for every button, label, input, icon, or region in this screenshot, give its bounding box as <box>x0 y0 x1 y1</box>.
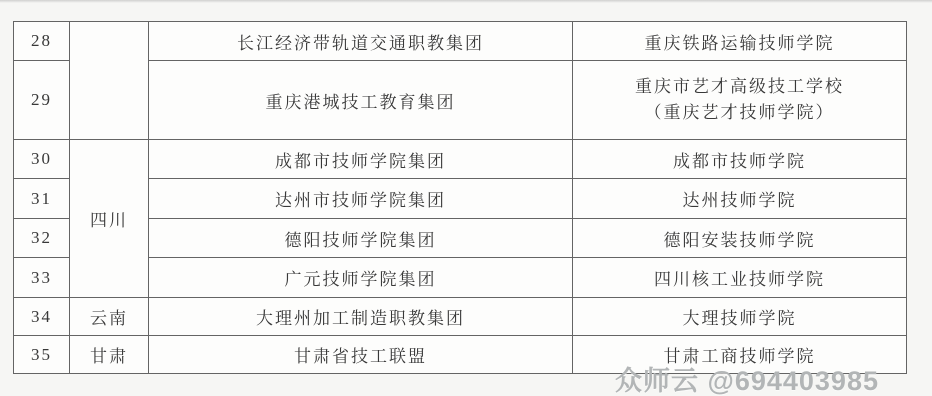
school-name-line: （重庆艺才技师学院） <box>573 100 906 126</box>
vocational-education-groups-table: 28 长江经济带轨道交通职教集团 重庆铁路运输技师学院 29 重庆港城技工教育集… <box>13 21 907 374</box>
school-name-line: 重庆市艺才高级技工学校 <box>573 74 906 100</box>
school-name-cell: 四川核工业技师学院 <box>573 258 907 298</box>
row-number-cell: 28 <box>14 22 70 61</box>
group-name-cell: 重庆港城技工教育集团 <box>149 61 573 140</box>
row-number-cell: 34 <box>14 298 70 336</box>
table-body: 28 长江经济带轨道交通职教集团 重庆铁路运输技师学院 29 重庆港城技工教育集… <box>14 22 907 374</box>
group-name-cell: 大理州加工制造职教集团 <box>149 298 573 336</box>
school-name-cell: 成都市技师学院 <box>573 140 907 179</box>
watermark: 众师云 @694403985 <box>615 359 879 396</box>
school-name-cell: 大理技师学院 <box>573 298 907 336</box>
province-cell <box>70 22 149 140</box>
province-cell: 甘肃 <box>70 336 149 374</box>
row-number-cell: 35 <box>14 336 70 374</box>
group-name-cell: 甘肃省技工联盟 <box>149 336 573 374</box>
row-number-cell: 32 <box>14 219 70 258</box>
school-name-cell: 重庆市艺才高级技工学校 （重庆艺才技师学院） <box>573 61 907 140</box>
row-number-cell: 33 <box>14 258 70 298</box>
school-name-cell: 达州技师学院 <box>573 179 907 219</box>
row-number-cell: 31 <box>14 179 70 219</box>
group-name-cell: 达州市技师学院集团 <box>149 179 573 219</box>
table-row: 30 四川 成都市技师学院集团 成都市技师学院 <box>14 140 907 179</box>
school-name-cell: 德阳安装技师学院 <box>573 219 907 258</box>
group-name-cell: 德阳技师学院集团 <box>149 219 573 258</box>
row-number-cell: 30 <box>14 140 70 179</box>
province-cell: 四川 <box>70 140 149 298</box>
group-name-cell: 成都市技师学院集团 <box>149 140 573 179</box>
province-cell: 云南 <box>70 298 149 336</box>
school-name-cell: 重庆铁路运输技师学院 <box>573 22 907 61</box>
table-row: 34 云南 大理州加工制造职教集团 大理技师学院 <box>14 298 907 336</box>
group-name-cell: 长江经济带轨道交通职教集团 <box>149 22 573 61</box>
table-row: 28 长江经济带轨道交通职教集团 重庆铁路运输技师学院 <box>14 22 907 61</box>
group-name-cell: 广元技师学院集团 <box>149 258 573 298</box>
screenshot-top-edge <box>0 0 932 3</box>
row-number-cell: 29 <box>14 61 70 140</box>
